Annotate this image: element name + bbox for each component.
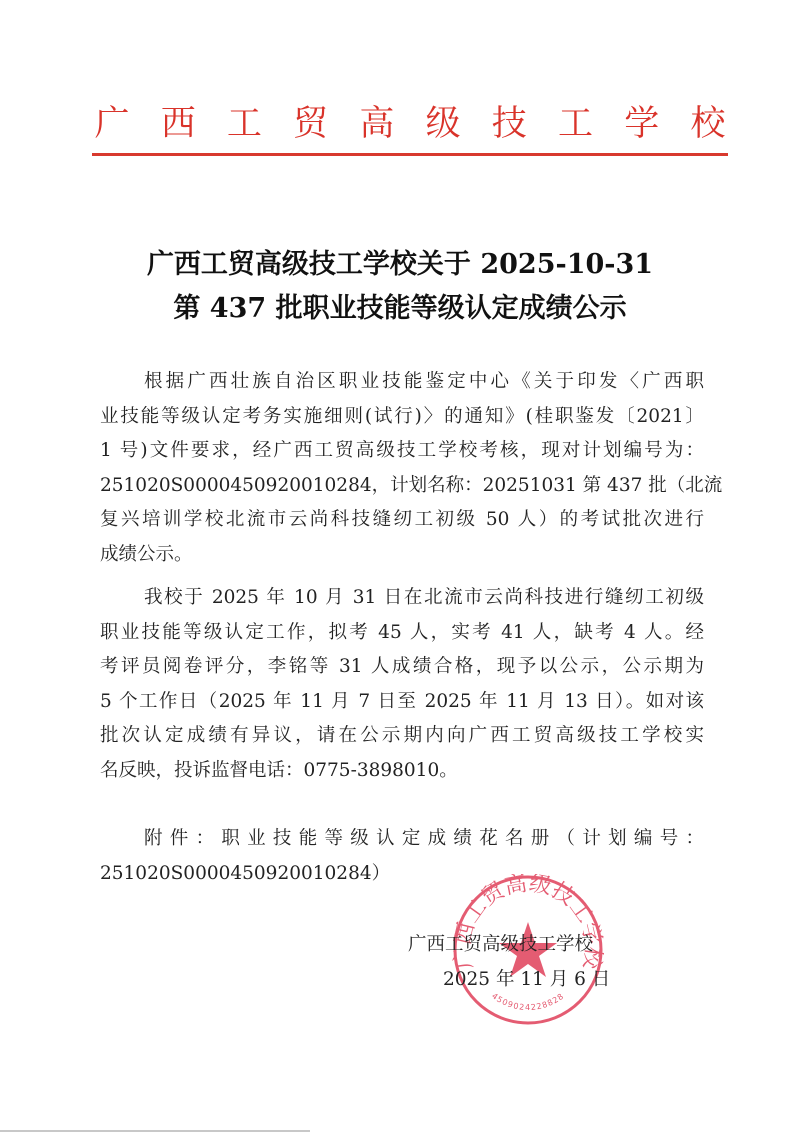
- text-line: 5 个工作日（2025 年 11 月 7 日至 2025 年 11 月 13 日…: [100, 685, 704, 720]
- signature-org: 广西工贸高级技工学校: [408, 930, 593, 956]
- text-line: 复兴培训学校北流市云尚科技缝纫工初级 50 人）的考试批次进行: [100, 503, 704, 538]
- signature-date: 2025 年 11 月 6 日: [443, 965, 610, 991]
- text-line: 1 号)文件要求，经广西工贸高级技工学校考核，现对计划编号为：: [100, 434, 704, 469]
- text-line: 职业技能等级认定工作，拟考 45 人，实考 41 人，缺考 4 人。经: [100, 616, 704, 651]
- text-line: 附件：职业技能等级认定成绩花名册（计划编号：: [100, 822, 704, 857]
- letterhead-char: 高: [357, 96, 397, 146]
- text-line: 业技能等级认定考务实施细则(试行)〉的通知》(桂职鉴发〔2021〕: [100, 400, 704, 435]
- document-title-line1: 广西工贸高级技工学校关于 2025-10-31: [0, 242, 800, 281]
- text-line: 根据广西壮族自治区职业技能鉴定中心《关于印发〈广西职: [100, 365, 704, 400]
- letterhead-char: 西: [158, 96, 198, 146]
- letterhead-char: 工: [224, 96, 264, 146]
- letterhead-char: 广: [92, 96, 132, 146]
- body-paragraph-1: 根据广西壮族自治区职业技能鉴定中心《关于印发〈广西职 业技能等级认定考务实施细则…: [100, 365, 704, 572]
- document-title-line2: 第 437 批职业技能等级认定成绩公示: [0, 286, 800, 325]
- text-line: 批次认定成绩有异议，请在公示期内向广西工贸高级技工学校实: [100, 719, 704, 754]
- text-line: 成绩公示。: [100, 538, 704, 573]
- text-line: 251020S0000450920010284）: [100, 857, 704, 892]
- letterhead-char: 技: [489, 96, 529, 146]
- text-line: 考评员阅卷评分，李铭等 31 人成绩合格，现予以公示，公示期为: [100, 650, 704, 685]
- text-line: 名反映，投诉监督电话：0775-3898010。: [100, 754, 704, 789]
- letterhead-divider: [92, 153, 728, 156]
- body-paragraph-2: 我校于 2025 年 10 月 31 日在北流市云尚科技进行缝纫工初级 职业技能…: [100, 581, 704, 788]
- svg-text:4509024228828: 4509024228828: [490, 991, 566, 1012]
- letterhead-char: 级: [423, 96, 463, 146]
- letterhead-char: 贸: [291, 96, 331, 146]
- letterhead-char: 工: [556, 96, 596, 146]
- text-line: 我校于 2025 年 10 月 31 日在北流市云尚科技进行缝纫工初级: [100, 581, 704, 616]
- letterhead-char: 校: [688, 96, 728, 146]
- attachment-note: 附件：职业技能等级认定成绩花名册（计划编号： 251020S0000450920…: [100, 822, 704, 891]
- letterhead-school-name: 广 西 工 贸 高 级 技 工 学 校: [92, 96, 728, 146]
- letterhead-char: 学: [622, 96, 662, 146]
- text-line: 251020S0000450920010284，计划名称：20251031 第 …: [100, 469, 704, 504]
